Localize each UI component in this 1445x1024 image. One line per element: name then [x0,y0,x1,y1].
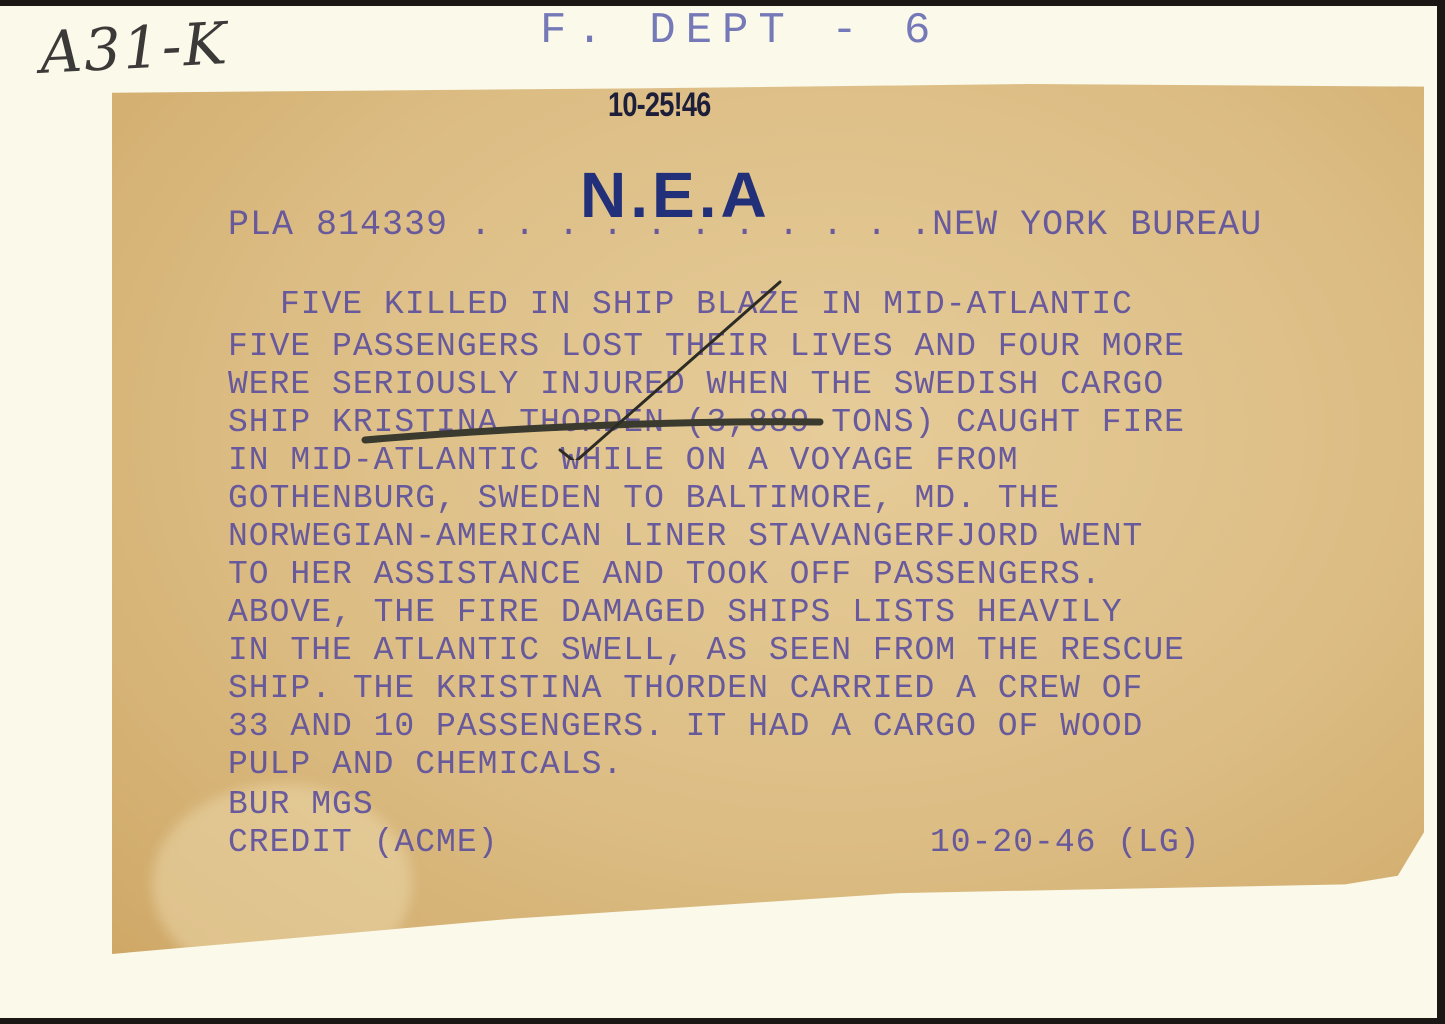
bureau-name: .NEW YORK BUREAU [910,205,1262,245]
date-stamp: 10-25!46 [608,86,710,125]
footer-date: 10-20-46 (LG) [930,824,1200,862]
footer-bureau: BUR MGS [228,786,374,824]
handwritten-reference: A31-K [38,9,230,87]
body-line: TO HER ASSISTANCE AND TOOK OFF PASSENGER… [228,556,1185,594]
department-stamp: F. DEPT - 6 [540,6,940,56]
photo-number: PLA 814339 [228,205,448,245]
body-line: NORWEGIAN-AMERICAN LINER STAVANGERFJORD … [228,518,1185,556]
body-line: IN THE ATLANTIC SWELL, AS SEEN FROM THE … [228,632,1185,670]
body-line: ABOVE, THE FIRE DAMAGED SHIPS LISTS HEAV… [228,594,1185,632]
body-line: 33 AND 10 PASSENGERS. IT HAD A CARGO OF … [228,708,1185,746]
header-line: PLA 814339 . . . . . . . . . . .NEW YORK… [228,206,1262,244]
body-line: SHIP. THE KRISTINA THORDEN CARRIED A CRE… [228,670,1185,708]
footer-credit: CREDIT (ACME) [228,824,498,862]
leader-dots: . . . . . . . . . . [470,205,888,245]
pencil-checkmark-icon [360,280,840,460]
body-line: PULP AND CHEMICALS. [228,746,1185,784]
body-line: GOTHENBURG, SWEDEN TO BALTIMORE, MD. THE [228,480,1185,518]
